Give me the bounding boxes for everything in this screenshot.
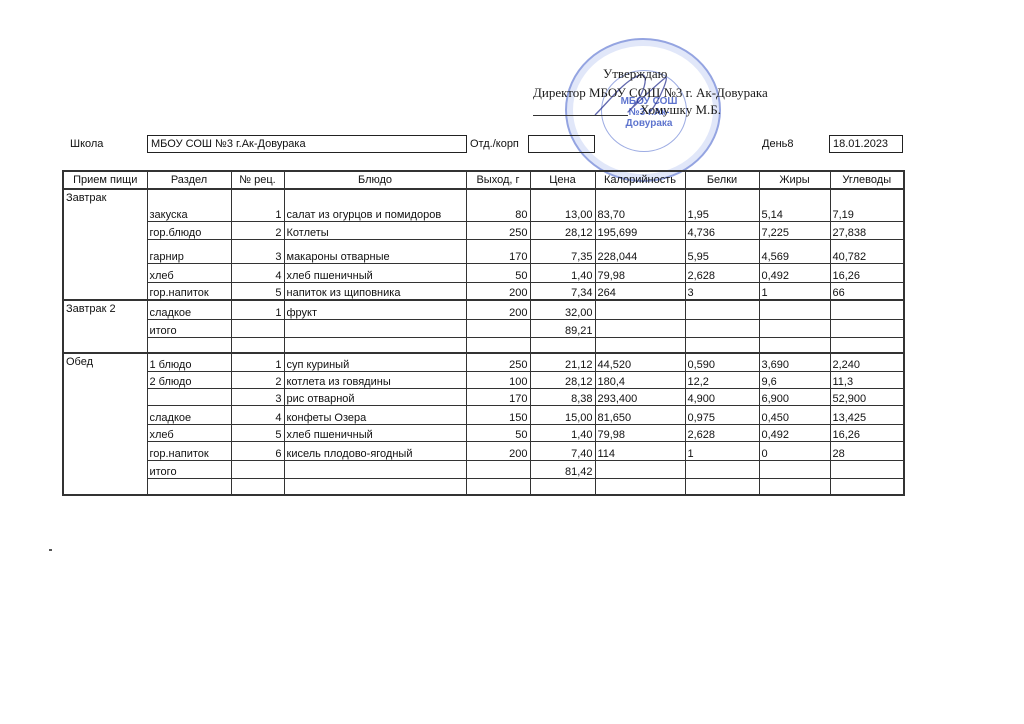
cell-section: гор.блюдо xyxy=(147,221,231,239)
table-row: Обед1 блюдо1суп куриный25021,1244,5200,5… xyxy=(63,353,904,371)
cell-price: 7,40 xyxy=(530,441,595,460)
dept-field xyxy=(528,135,595,153)
cell-fat: 0,492 xyxy=(759,424,830,441)
cell-dish: хлеб пшеничный xyxy=(284,263,466,282)
cell-yield: 200 xyxy=(466,300,530,319)
cell-protein: 1,95 xyxy=(685,189,759,221)
cell-rec: 5 xyxy=(231,424,284,441)
table-body: Завтракзакуска1салат из огурцов и помидо… xyxy=(63,189,904,495)
cell-section: закуска xyxy=(147,189,231,221)
cell-protein: 2,628 xyxy=(685,424,759,441)
cell-kcal xyxy=(595,337,685,353)
cell-rec: 3 xyxy=(231,239,284,263)
cell-rec: 2 xyxy=(231,371,284,388)
column-header-protein: Белки xyxy=(685,171,759,189)
table-row: гарнир3макароны отварные1707,35228,0445,… xyxy=(63,239,904,263)
school-field: МБОУ СОШ №3 г.Ак-Довурака xyxy=(147,135,467,153)
cell-yield: 170 xyxy=(466,388,530,405)
cell-rec: 6 xyxy=(231,441,284,460)
cell-fat: 3,690 xyxy=(759,353,830,371)
cell-dish: суп куриный xyxy=(284,353,466,371)
cell-carbs: 11,3 xyxy=(830,371,904,388)
cell-section xyxy=(147,337,231,353)
cell-protein xyxy=(685,337,759,353)
column-header-price: Цена xyxy=(530,171,595,189)
table-row xyxy=(63,478,904,495)
cell-carbs: 13,425 xyxy=(830,405,904,424)
cell-price: 15,00 xyxy=(530,405,595,424)
approval-line-1: Утверждаю xyxy=(603,66,667,82)
cell-carbs: 27,838 xyxy=(830,221,904,239)
cell-fat: 9,6 xyxy=(759,371,830,388)
cell-kcal: 293,400 xyxy=(595,388,685,405)
cell-fat xyxy=(759,460,830,478)
cell-rec: 1 xyxy=(231,189,284,221)
cell-section: сладкое xyxy=(147,405,231,424)
cell-kcal: 44,520 xyxy=(595,353,685,371)
cell-fat: 0,492 xyxy=(759,263,830,282)
cell-protein xyxy=(685,319,759,337)
cell-yield xyxy=(466,337,530,353)
cell-rec: 1 xyxy=(231,300,284,319)
cell-carbs xyxy=(830,460,904,478)
cell-rec: 4 xyxy=(231,263,284,282)
cell-fat: 0,450 xyxy=(759,405,830,424)
cell-dish: котлета из говядины xyxy=(284,371,466,388)
cell-carbs: 2,240 xyxy=(830,353,904,371)
cell-rec: 4 xyxy=(231,405,284,424)
cell-carbs: 28 xyxy=(830,441,904,460)
cell-fat xyxy=(759,300,830,319)
cell-kcal: 180,4 xyxy=(595,371,685,388)
cell-carbs: 52,900 xyxy=(830,388,904,405)
cell-fat xyxy=(759,319,830,337)
cell-section: 1 блюдо xyxy=(147,353,231,371)
cell-protein: 1 xyxy=(685,441,759,460)
cell-rec: 1 xyxy=(231,353,284,371)
cell-kcal: 228,044 xyxy=(595,239,685,263)
cell-kcal: 81,650 xyxy=(595,405,685,424)
cell-section: хлеб xyxy=(147,424,231,441)
cell-rec xyxy=(231,460,284,478)
cell-yield: 250 xyxy=(466,353,530,371)
approval-line-3: Хомушку М.Б. xyxy=(640,102,721,118)
cell-price: 81,42 xyxy=(530,460,595,478)
date-field: 18.01.2023 xyxy=(829,135,903,153)
cell-fat xyxy=(759,337,830,353)
cell-carbs xyxy=(830,337,904,353)
cell-carbs xyxy=(830,319,904,337)
column-header-meal: Прием пищи xyxy=(63,171,147,189)
cell-price: 1,40 xyxy=(530,424,595,441)
table-row: 3рис отварной1708,38293,4004,9006,90052,… xyxy=(63,388,904,405)
cell-carbs xyxy=(830,478,904,495)
cell-dish: Котлеты xyxy=(284,221,466,239)
cell-dish: рис отварной xyxy=(284,388,466,405)
cell-rec: 2 xyxy=(231,221,284,239)
cell-price: 32,00 xyxy=(530,300,595,319)
cell-protein: 4,900 xyxy=(685,388,759,405)
cell-section: 2 блюдо xyxy=(147,371,231,388)
table-header-row: Прием пищиРаздел№ рец.БлюдоВыход, гЦенаК… xyxy=(63,171,904,189)
cell-kcal xyxy=(595,478,685,495)
cell-price: 7,34 xyxy=(530,282,595,300)
cell-yield: 50 xyxy=(466,263,530,282)
cell-price: 28,12 xyxy=(530,221,595,239)
table-row: Завтракзакуска1салат из огурцов и помидо… xyxy=(63,189,904,221)
table-row: гор.напиток6кисель плодово-ягодный2007,4… xyxy=(63,441,904,460)
cell-yield xyxy=(466,478,530,495)
table-row xyxy=(63,337,904,353)
cell-protein xyxy=(685,478,759,495)
cell-carbs xyxy=(830,300,904,319)
cell-dish: фрукт xyxy=(284,300,466,319)
cell-carbs: 16,26 xyxy=(830,424,904,441)
stray-mark xyxy=(49,549,52,551)
signature-line xyxy=(533,100,628,116)
table-row: гор.напиток5напиток из щиповника2007,342… xyxy=(63,282,904,300)
cell-yield xyxy=(466,319,530,337)
cell-protein: 5,95 xyxy=(685,239,759,263)
cell-section: итого xyxy=(147,319,231,337)
cell-protein xyxy=(685,300,759,319)
table-row: итого81,42 xyxy=(63,460,904,478)
cell-yield: 100 xyxy=(466,371,530,388)
cell-fat: 0 xyxy=(759,441,830,460)
cell-section: сладкое xyxy=(147,300,231,319)
column-header-rec: № рец. xyxy=(231,171,284,189)
cell-price: 8,38 xyxy=(530,388,595,405)
table-row: хлеб4хлеб пшеничный501,4079,982,6280,492… xyxy=(63,263,904,282)
cell-dish xyxy=(284,478,466,495)
cell-rec xyxy=(231,337,284,353)
school-label: Школа xyxy=(70,138,103,150)
cell-protein: 3 xyxy=(685,282,759,300)
table-row: итого89,21 xyxy=(63,319,904,337)
cell-yield: 200 xyxy=(466,282,530,300)
cell-yield: 50 xyxy=(466,424,530,441)
cell-section: гарнир xyxy=(147,239,231,263)
cell-kcal: 114 xyxy=(595,441,685,460)
cell-fat: 1 xyxy=(759,282,830,300)
cell-rec: 3 xyxy=(231,388,284,405)
approval-line-2: Директор МБОУ СОШ №3 г. Ак-Довурака xyxy=(533,85,768,101)
cell-yield: 200 xyxy=(466,441,530,460)
column-header-section: Раздел xyxy=(147,171,231,189)
cell-section: гор.напиток xyxy=(147,441,231,460)
table-row: гор.блюдо2Котлеты25028,12195,6994,7367,2… xyxy=(63,221,904,239)
cell-fat: 5,14 xyxy=(759,189,830,221)
cell-dish: кисель плодово-ягодный xyxy=(284,441,466,460)
cell-protein: 2,628 xyxy=(685,263,759,282)
cell-meal: Завтрак xyxy=(63,189,147,300)
cell-section xyxy=(147,388,231,405)
cell-rec xyxy=(231,478,284,495)
cell-price: 1,40 xyxy=(530,263,595,282)
cell-price: 7,35 xyxy=(530,239,595,263)
cell-kcal xyxy=(595,300,685,319)
cell-carbs: 7,19 xyxy=(830,189,904,221)
cell-carbs: 66 xyxy=(830,282,904,300)
cell-price: 13,00 xyxy=(530,189,595,221)
cell-dish xyxy=(284,319,466,337)
table-row: хлеб5хлеб пшеничный501,4079,982,6280,492… xyxy=(63,424,904,441)
cell-dish: напиток из щиповника xyxy=(284,282,466,300)
cell-fat: 6,900 xyxy=(759,388,830,405)
column-header-yield: Выход, г xyxy=(466,171,530,189)
table-row: сладкое4 конфеты Озера15015,0081,6500,97… xyxy=(63,405,904,424)
cell-fat: 4,569 xyxy=(759,239,830,263)
cell-price xyxy=(530,478,595,495)
cell-meal: Обед xyxy=(63,353,147,495)
cell-kcal: 83,70 xyxy=(595,189,685,221)
cell-kcal xyxy=(595,460,685,478)
dept-label: Отд./корп xyxy=(470,138,519,150)
column-header-carbs: Углеводы xyxy=(830,171,904,189)
cell-protein: 4,736 xyxy=(685,221,759,239)
cell-kcal xyxy=(595,319,685,337)
column-header-dish: Блюдо xyxy=(284,171,466,189)
cell-section: итого xyxy=(147,460,231,478)
cell-carbs: 40,782 xyxy=(830,239,904,263)
cell-yield xyxy=(466,460,530,478)
cell-yield: 150 xyxy=(466,405,530,424)
cell-dish: хлеб пшеничный xyxy=(284,424,466,441)
cell-section: гор.напиток xyxy=(147,282,231,300)
cell-rec xyxy=(231,319,284,337)
table-row: Завтрак 2сладкое1фрукт20032,00 xyxy=(63,300,904,319)
cell-protein: 0,975 xyxy=(685,405,759,424)
cell-protein: 12,2 xyxy=(685,371,759,388)
day-label: День8 xyxy=(762,138,794,150)
cell-section: хлеб xyxy=(147,263,231,282)
cell-fat xyxy=(759,478,830,495)
cell-price: 89,21 xyxy=(530,319,595,337)
cell-meal: Завтрак 2 xyxy=(63,300,147,353)
cell-fat: 7,225 xyxy=(759,221,830,239)
cell-rec: 5 xyxy=(231,282,284,300)
column-header-fat: Жиры xyxy=(759,171,830,189)
cell-price: 21,12 xyxy=(530,353,595,371)
cell-dish: макароны отварные xyxy=(284,239,466,263)
cell-dish xyxy=(284,337,466,353)
cell-yield: 250 xyxy=(466,221,530,239)
cell-yield: 80 xyxy=(466,189,530,221)
cell-section xyxy=(147,478,231,495)
cell-kcal: 79,98 xyxy=(595,263,685,282)
cell-kcal: 79,98 xyxy=(595,424,685,441)
cell-carbs: 16,26 xyxy=(830,263,904,282)
column-header-kcal: Калорийность xyxy=(595,171,685,189)
menu-table: Прием пищиРаздел№ рец.БлюдоВыход, гЦенаК… xyxy=(62,170,905,496)
cell-yield: 170 xyxy=(466,239,530,263)
cell-kcal: 264 xyxy=(595,282,685,300)
cell-kcal: 195,699 xyxy=(595,221,685,239)
cell-price xyxy=(530,337,595,353)
cell-dish xyxy=(284,460,466,478)
cell-protein: 0,590 xyxy=(685,353,759,371)
cell-dish: салат из огурцов и помидоров xyxy=(284,189,466,221)
cell-price: 28,12 xyxy=(530,371,595,388)
cell-dish: конфеты Озера xyxy=(284,405,466,424)
table-row: 2 блюдо2котлета из говядины10028,12180,4… xyxy=(63,371,904,388)
cell-protein xyxy=(685,460,759,478)
